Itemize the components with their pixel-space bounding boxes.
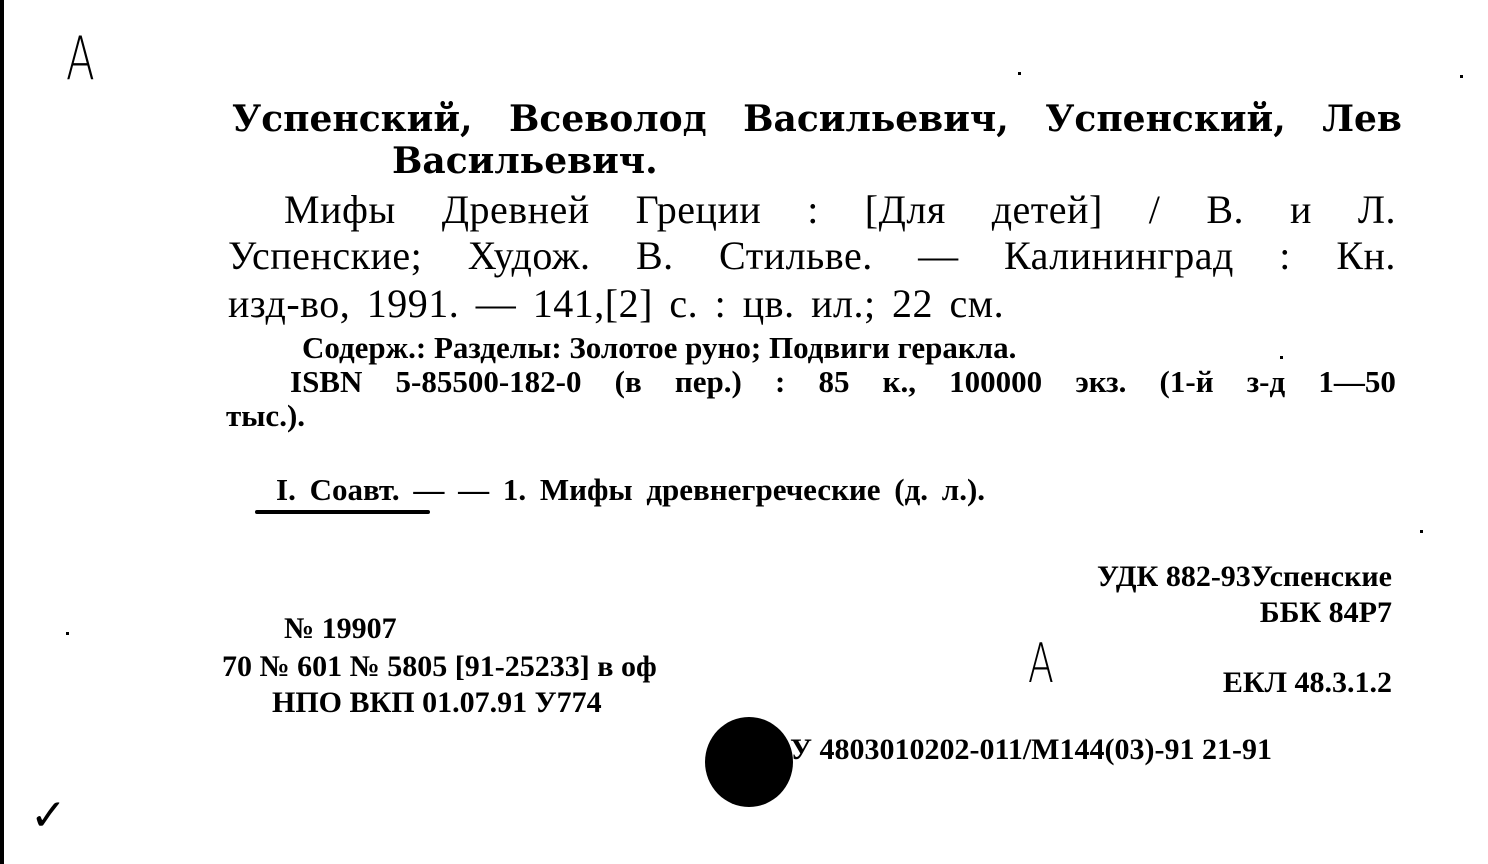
author-word: Васильевич, <box>743 98 1009 140</box>
isbn-word: (в <box>615 364 642 400</box>
handwritten-letter-a-middle: А <box>1028 632 1054 695</box>
title-word: / <box>1149 186 1161 233</box>
isbn-word: 1—50 <box>1318 364 1396 400</box>
isbn-line-2: тыс.). <box>226 398 305 434</box>
title-word: Древней <box>442 186 590 233</box>
isbn-word: 100000 <box>949 364 1042 400</box>
author-word: Успенский, <box>1045 98 1286 140</box>
isbn-word: 85 <box>818 364 849 400</box>
order-line: 70 № 601 № 5805 [91-25233] в оф <box>222 650 657 684</box>
udk-code: УДК 882-93Успенские <box>1097 560 1392 594</box>
title-word: В. <box>636 232 674 279</box>
authors-line-1: Успенский, Всеволод Васильевич, Успенски… <box>232 98 1402 140</box>
title-line-1: Мифы Древней Греции : [Для детей] / В. и… <box>284 186 1396 233</box>
isbn-word: ISBN <box>290 364 362 400</box>
speck <box>1018 72 1021 75</box>
isbn-word: экз. <box>1075 364 1126 400</box>
handwritten-letter-a-top: А <box>66 24 95 94</box>
speck <box>1420 530 1423 533</box>
speck <box>66 632 69 635</box>
title-word: детей] <box>992 186 1103 233</box>
title-word: — <box>918 232 959 279</box>
speck <box>1280 356 1283 359</box>
title-word: и <box>1290 186 1312 233</box>
publication-line: изд-во, 1991. — 141,[2] с. : цв. ил.; 22… <box>228 280 1004 327</box>
contents-note: Содерж.: Разделы: Золотое руно; Подвиги … <box>302 330 1016 366</box>
isbn-word: 5-85500-182-0 <box>396 364 582 400</box>
isbn-word: (1-й <box>1160 364 1214 400</box>
title-word: В. <box>1206 186 1244 233</box>
handwritten-underline <box>255 510 430 514</box>
isbn-word: з-д <box>1247 364 1285 400</box>
title-word: Калининград <box>1004 232 1234 279</box>
title-word: Успенские; <box>228 232 422 279</box>
author-word: Успенский, <box>232 98 473 140</box>
author-word: Всеволод <box>509 98 707 140</box>
card-left-edge <box>0 0 4 864</box>
card-number: № 19907 <box>284 612 397 646</box>
isbn-word: пер.) <box>675 364 742 400</box>
npo-line: НПО ВКП 01.07.91 У774 <box>272 686 602 720</box>
title-word: Мифы <box>284 186 396 233</box>
speck <box>1460 75 1463 78</box>
title-word: [Для <box>865 186 946 233</box>
ekl-code: ЕКЛ 48.3.1.2 <box>1223 666 1392 700</box>
tracings-line: I. Соавт. — — 1. Мифы древнегреческие (д… <box>276 472 985 508</box>
title-word: : <box>807 186 819 233</box>
authors-line-2: Васильевич. <box>392 140 658 182</box>
code-line: У 4803010202-011/М144(03)-91 21-91 <box>790 733 1272 767</box>
isbn-line-1: ISBN 5-85500-182-0 (в пер.) : 85 к., 100… <box>290 364 1396 400</box>
title-word: Л. <box>1358 186 1396 233</box>
checkmark-icon: ✓ <box>30 790 67 841</box>
bbk-code: ББК 84Р7 <box>1260 596 1392 630</box>
author-word: Лев <box>1322 98 1402 140</box>
isbn-word: к., <box>883 364 916 400</box>
punch-hole-dot <box>705 717 793 807</box>
title-word: Греции <box>636 186 762 233</box>
isbn-word: : <box>775 364 785 400</box>
title-word: Кн. <box>1336 232 1396 279</box>
title-word: Стильве. <box>719 232 873 279</box>
title-word: Худож. <box>468 232 591 279</box>
title-word: : <box>1279 232 1291 279</box>
title-line-2: Успенские; Худож. В. Стильве. — Калининг… <box>228 232 1396 279</box>
